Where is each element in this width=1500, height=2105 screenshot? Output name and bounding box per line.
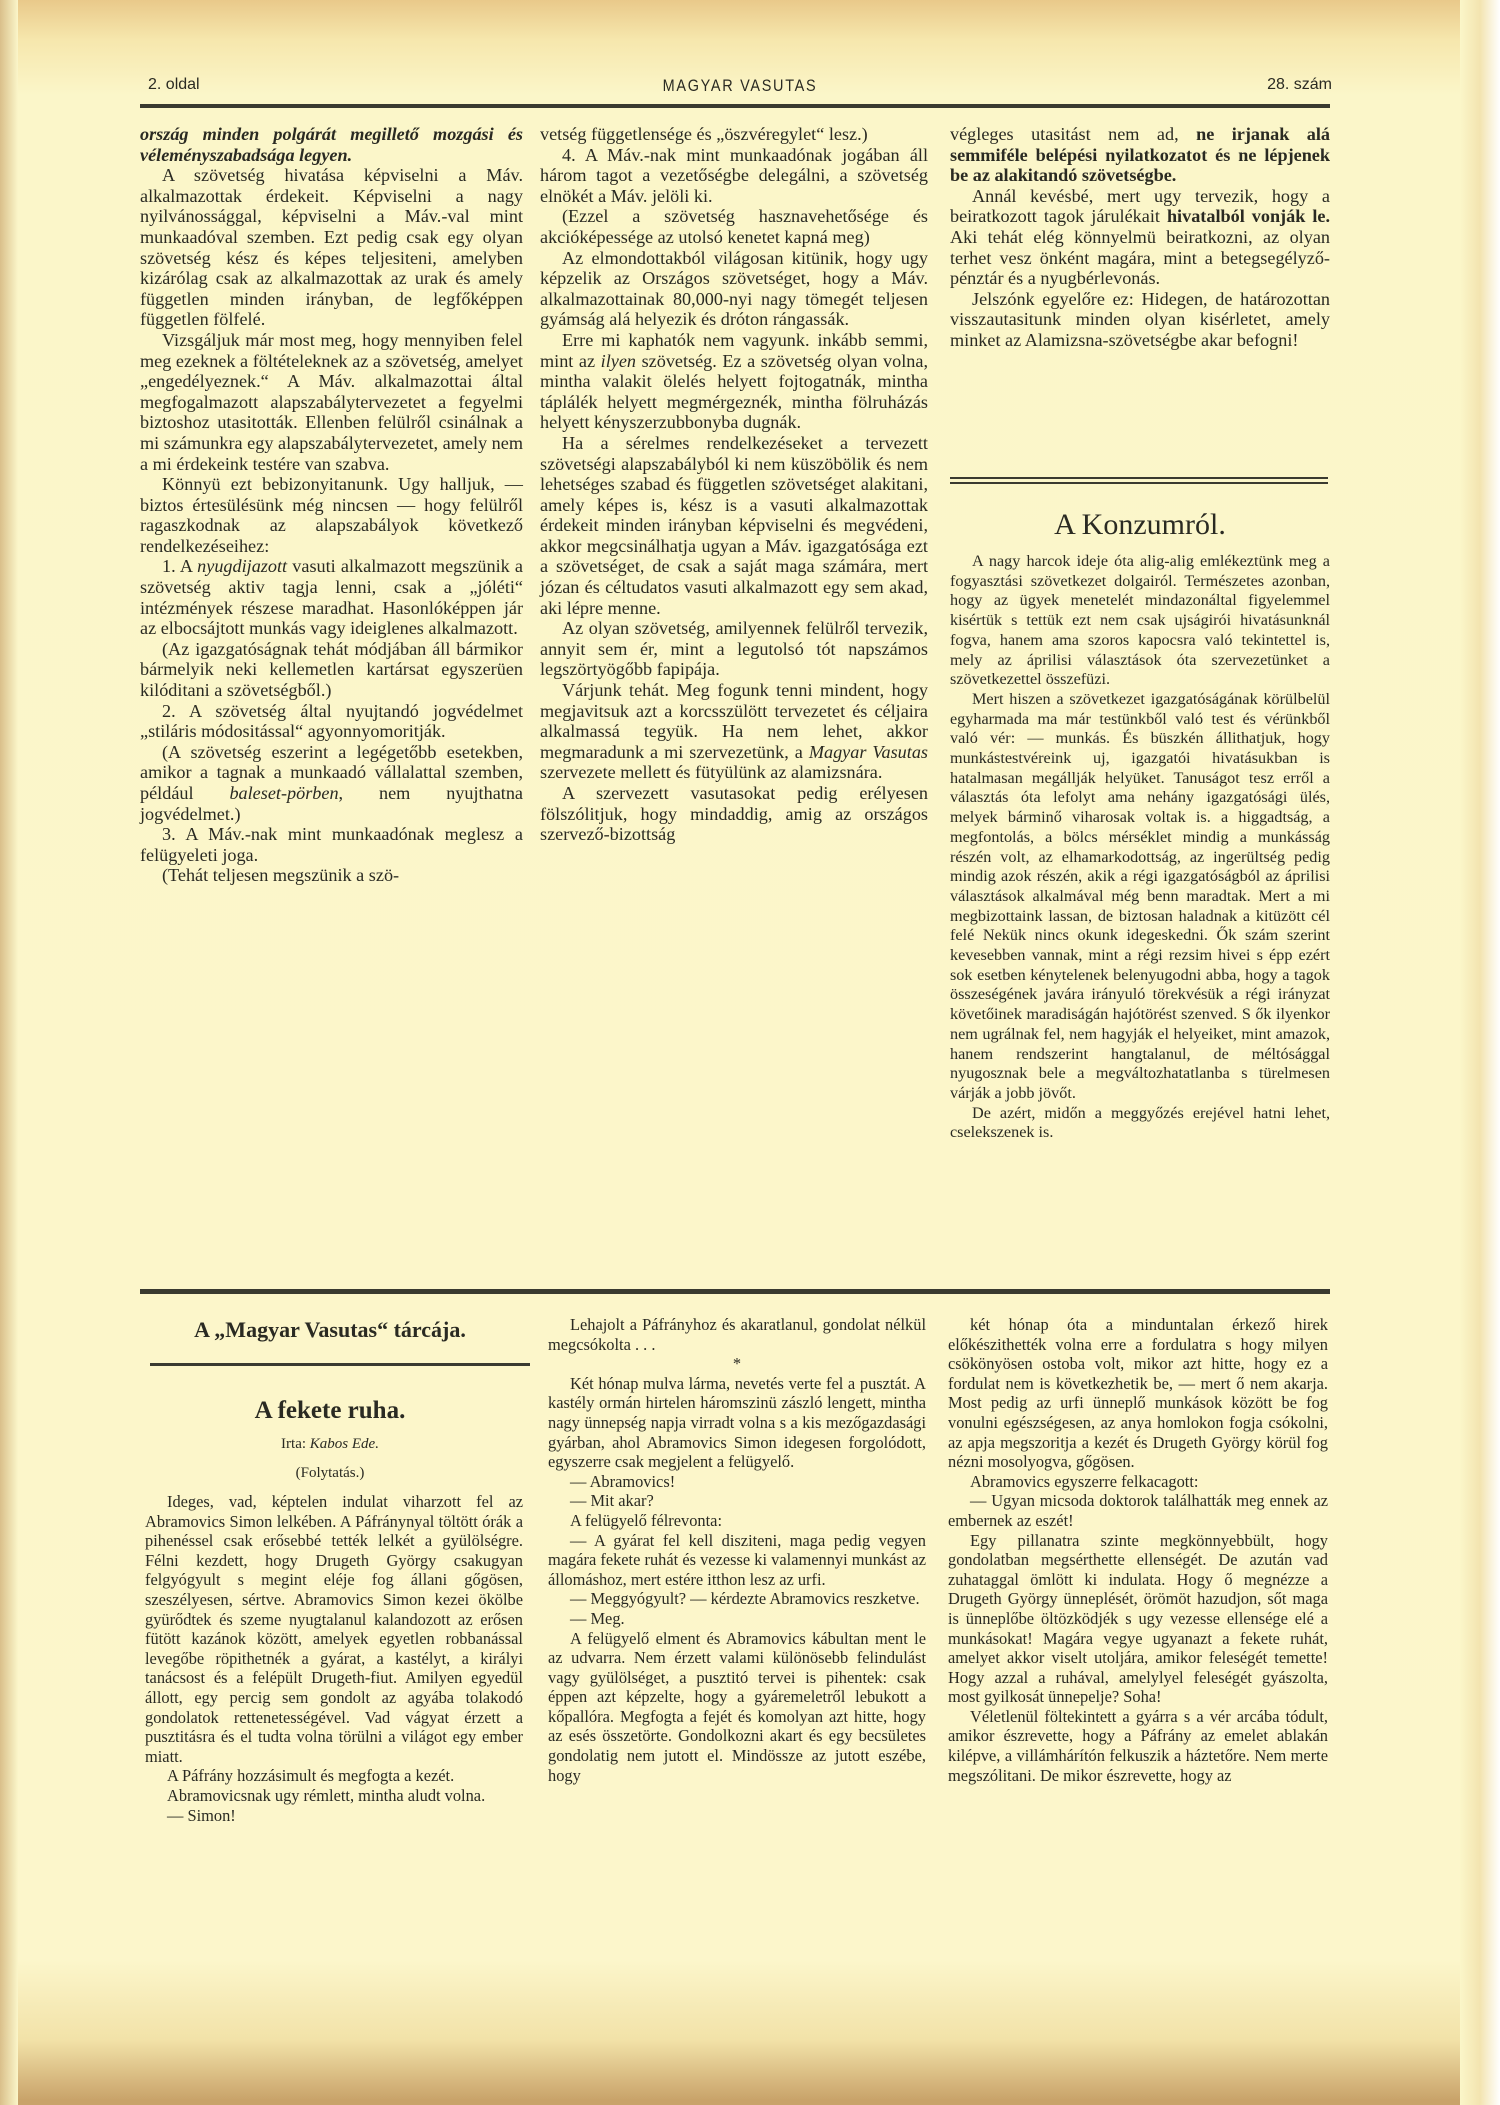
konzum-article: A nagy harcok ideje óta alig-alig emléke…	[950, 552, 1330, 1143]
paragraph: — Abramovics!	[548, 1472, 926, 1492]
page-edge-left	[0, 0, 18, 2105]
running-header: 2. oldal MAGYAR VASUTAS 28. szám	[148, 76, 1332, 98]
paragraph: — Meggyógyult? — kérdezte Abramovics res…	[548, 1589, 926, 1609]
paragraph: Véletlenül föltekintett a gyárra s a vér…	[948, 1707, 1328, 1785]
page-number: 2. oldal	[148, 76, 200, 94]
paragraph: Erre mi kaphatók nem vagyunk. inkább sem…	[540, 330, 928, 433]
section-divider	[950, 477, 1328, 484]
italic-text: nyugdijazott	[197, 556, 287, 576]
byline: Irta: Kabos Ede.	[140, 1436, 520, 1453]
paragraph: 4. A Máv.-nak mint munkaadónak jogában á…	[540, 145, 928, 207]
paragraph: Ha a sérelmes rendelkezéseket a tervezet…	[540, 433, 928, 618]
paragraph: — Meg.	[548, 1609, 926, 1629]
paragraph: 3. A Máv.-nak mint munkaadónak meglesz a…	[140, 824, 523, 865]
bold-text: ne irjanak alá semmiféle belépési nyilat…	[950, 124, 1330, 185]
article-column-1: ország minden polgárát megillető mozgási…	[140, 124, 523, 886]
paragraph: A nagy harcok ideje óta alig-alig emléke…	[950, 552, 1330, 690]
paragraph: De azért, midőn a meggyőzés erejével hat…	[950, 1104, 1330, 1143]
story-column-1: Ideges, vad, képtelen indulat viharzott …	[145, 1492, 523, 1825]
story-column-3: két hónap óta a minduntalan érkező hirek…	[948, 1315, 1328, 1785]
paragraph: Könnyü ezt bebizonyitanunk. Ugy halljuk,…	[140, 474, 523, 556]
paragraph: A Páfrány hozzásimult és megfogta a kezé…	[145, 1766, 523, 1786]
paragraph: A felügyelő elment és Abramovics kábulta…	[548, 1629, 926, 1786]
feuilleton-title-rule	[150, 1363, 530, 1366]
header-rule	[140, 104, 1330, 108]
italic-text: ország minden polgárát megillető mozgási…	[140, 124, 523, 165]
paragraph: (Az igazgatóságnak tehát módjában áll bá…	[140, 639, 523, 701]
story-column-2: Lehajolt a Páfrányhoz és akaratlanul, go…	[548, 1315, 926, 1785]
continuation-note: (Folytatás.)	[140, 1465, 520, 1482]
article-column-2: vetség függetlensége és „öszvéregylet“ l…	[540, 124, 928, 845]
paragraph: Ideges, vad, képtelen indulat viharzott …	[145, 1492, 523, 1766]
paragraph: Várjunk tehát. Meg fogunk tenni mindent,…	[540, 680, 928, 783]
page-edge-right	[1460, 0, 1500, 2105]
paragraph: A felügyelő félrevonta:	[548, 1511, 926, 1531]
author-name: Kabos Ede.	[310, 1436, 379, 1452]
paragraph: (A szövetség eszerint a legégetőbb esete…	[140, 742, 523, 824]
italic-text: Magyar Vasutas	[809, 742, 928, 762]
paragraph: — Simon!	[145, 1806, 523, 1826]
paragraph: Vizsgáljuk már most meg, hogy mennyiben …	[140, 330, 523, 474]
paragraph: Két hónap mulva lárma, nevetés verte fel…	[548, 1374, 926, 1472]
paragraph: Annál kevésbé, mert ugy tervezik, hogy a…	[950, 186, 1330, 289]
article-column-3: végleges utasitást nem ad, ne irjanak al…	[950, 124, 1330, 351]
konzum-title: A Konzumról.	[950, 508, 1330, 542]
paragraph: — Ugyan micsoda doktorok találhatták meg…	[948, 1491, 1328, 1530]
paragraph: végleges utasitást nem ad, ne irjanak al…	[950, 124, 1330, 186]
feuilleton-rule	[140, 1289, 1330, 1294]
paragraph: — A gyárat fel kell disziteni, maga pedi…	[548, 1531, 926, 1590]
newspaper-page: 2. oldal MAGYAR VASUTAS 28. szám ország …	[0, 0, 1500, 2105]
paragraph: *	[548, 1354, 926, 1374]
italic-text: baleset-pörben	[229, 783, 338, 803]
issue-number: 28. szám	[1267, 76, 1332, 94]
story-title: A fekete ruha.	[140, 1397, 520, 1425]
paragraph: Az elmondottakból világosan kitünik, hog…	[540, 248, 928, 330]
italic-text: ilyen	[601, 351, 636, 371]
paragraph: vetség függetlensége és „öszvéregylet“ l…	[540, 124, 928, 145]
feuilleton-section-title: A „Magyar Vasutas“ tárcája.	[140, 1317, 520, 1343]
paragraph: Lehajolt a Páfrányhoz és akaratlanul, go…	[548, 1315, 926, 1354]
paragraph: két hónap óta a minduntalan érkező hirek…	[948, 1315, 1328, 1472]
paragraph: 2. A szövetség által nyujtandó jogvédelm…	[140, 701, 523, 742]
paragraph: (Tehát teljesen megszünik a szö-	[140, 865, 523, 886]
paragraph: ország minden polgárát megillető mozgási…	[140, 124, 523, 165]
bold-text: hivatalból vonják le.	[1167, 206, 1330, 226]
paragraph: — Mit akar?	[548, 1491, 926, 1511]
paragraph: Abramovics egyszerre felkacagott:	[948, 1472, 1328, 1492]
paragraph: Egy pillanatra szinte megkönnyebbült, ho…	[948, 1531, 1328, 1707]
paragraph: Mert hiszen a szövetkezet igazgatóságána…	[950, 690, 1330, 1104]
paragraph: (Ezzel a szövetség hasznavehetősége és a…	[540, 206, 928, 247]
paragraph: 1. A nyugdijazott vasuti alkalmazott meg…	[140, 556, 523, 638]
paragraph: Jelszónk egyelőre ez: Hidegen, de határo…	[950, 289, 1330, 351]
byline-prefix: Irta:	[281, 1436, 306, 1452]
paragraph: Az olyan szövetség, amilyennek felülről …	[540, 618, 928, 680]
masthead-title: MAGYAR VASUTAS	[237, 76, 1243, 96]
paragraph: Abramovicsnak ugy rémlett, mintha aludt …	[145, 1786, 523, 1806]
paragraph: A szövetség hivatása képviselni a Máv. a…	[140, 165, 523, 330]
paragraph: A szervezett vasutasokat pedig erélyesen…	[540, 783, 928, 845]
